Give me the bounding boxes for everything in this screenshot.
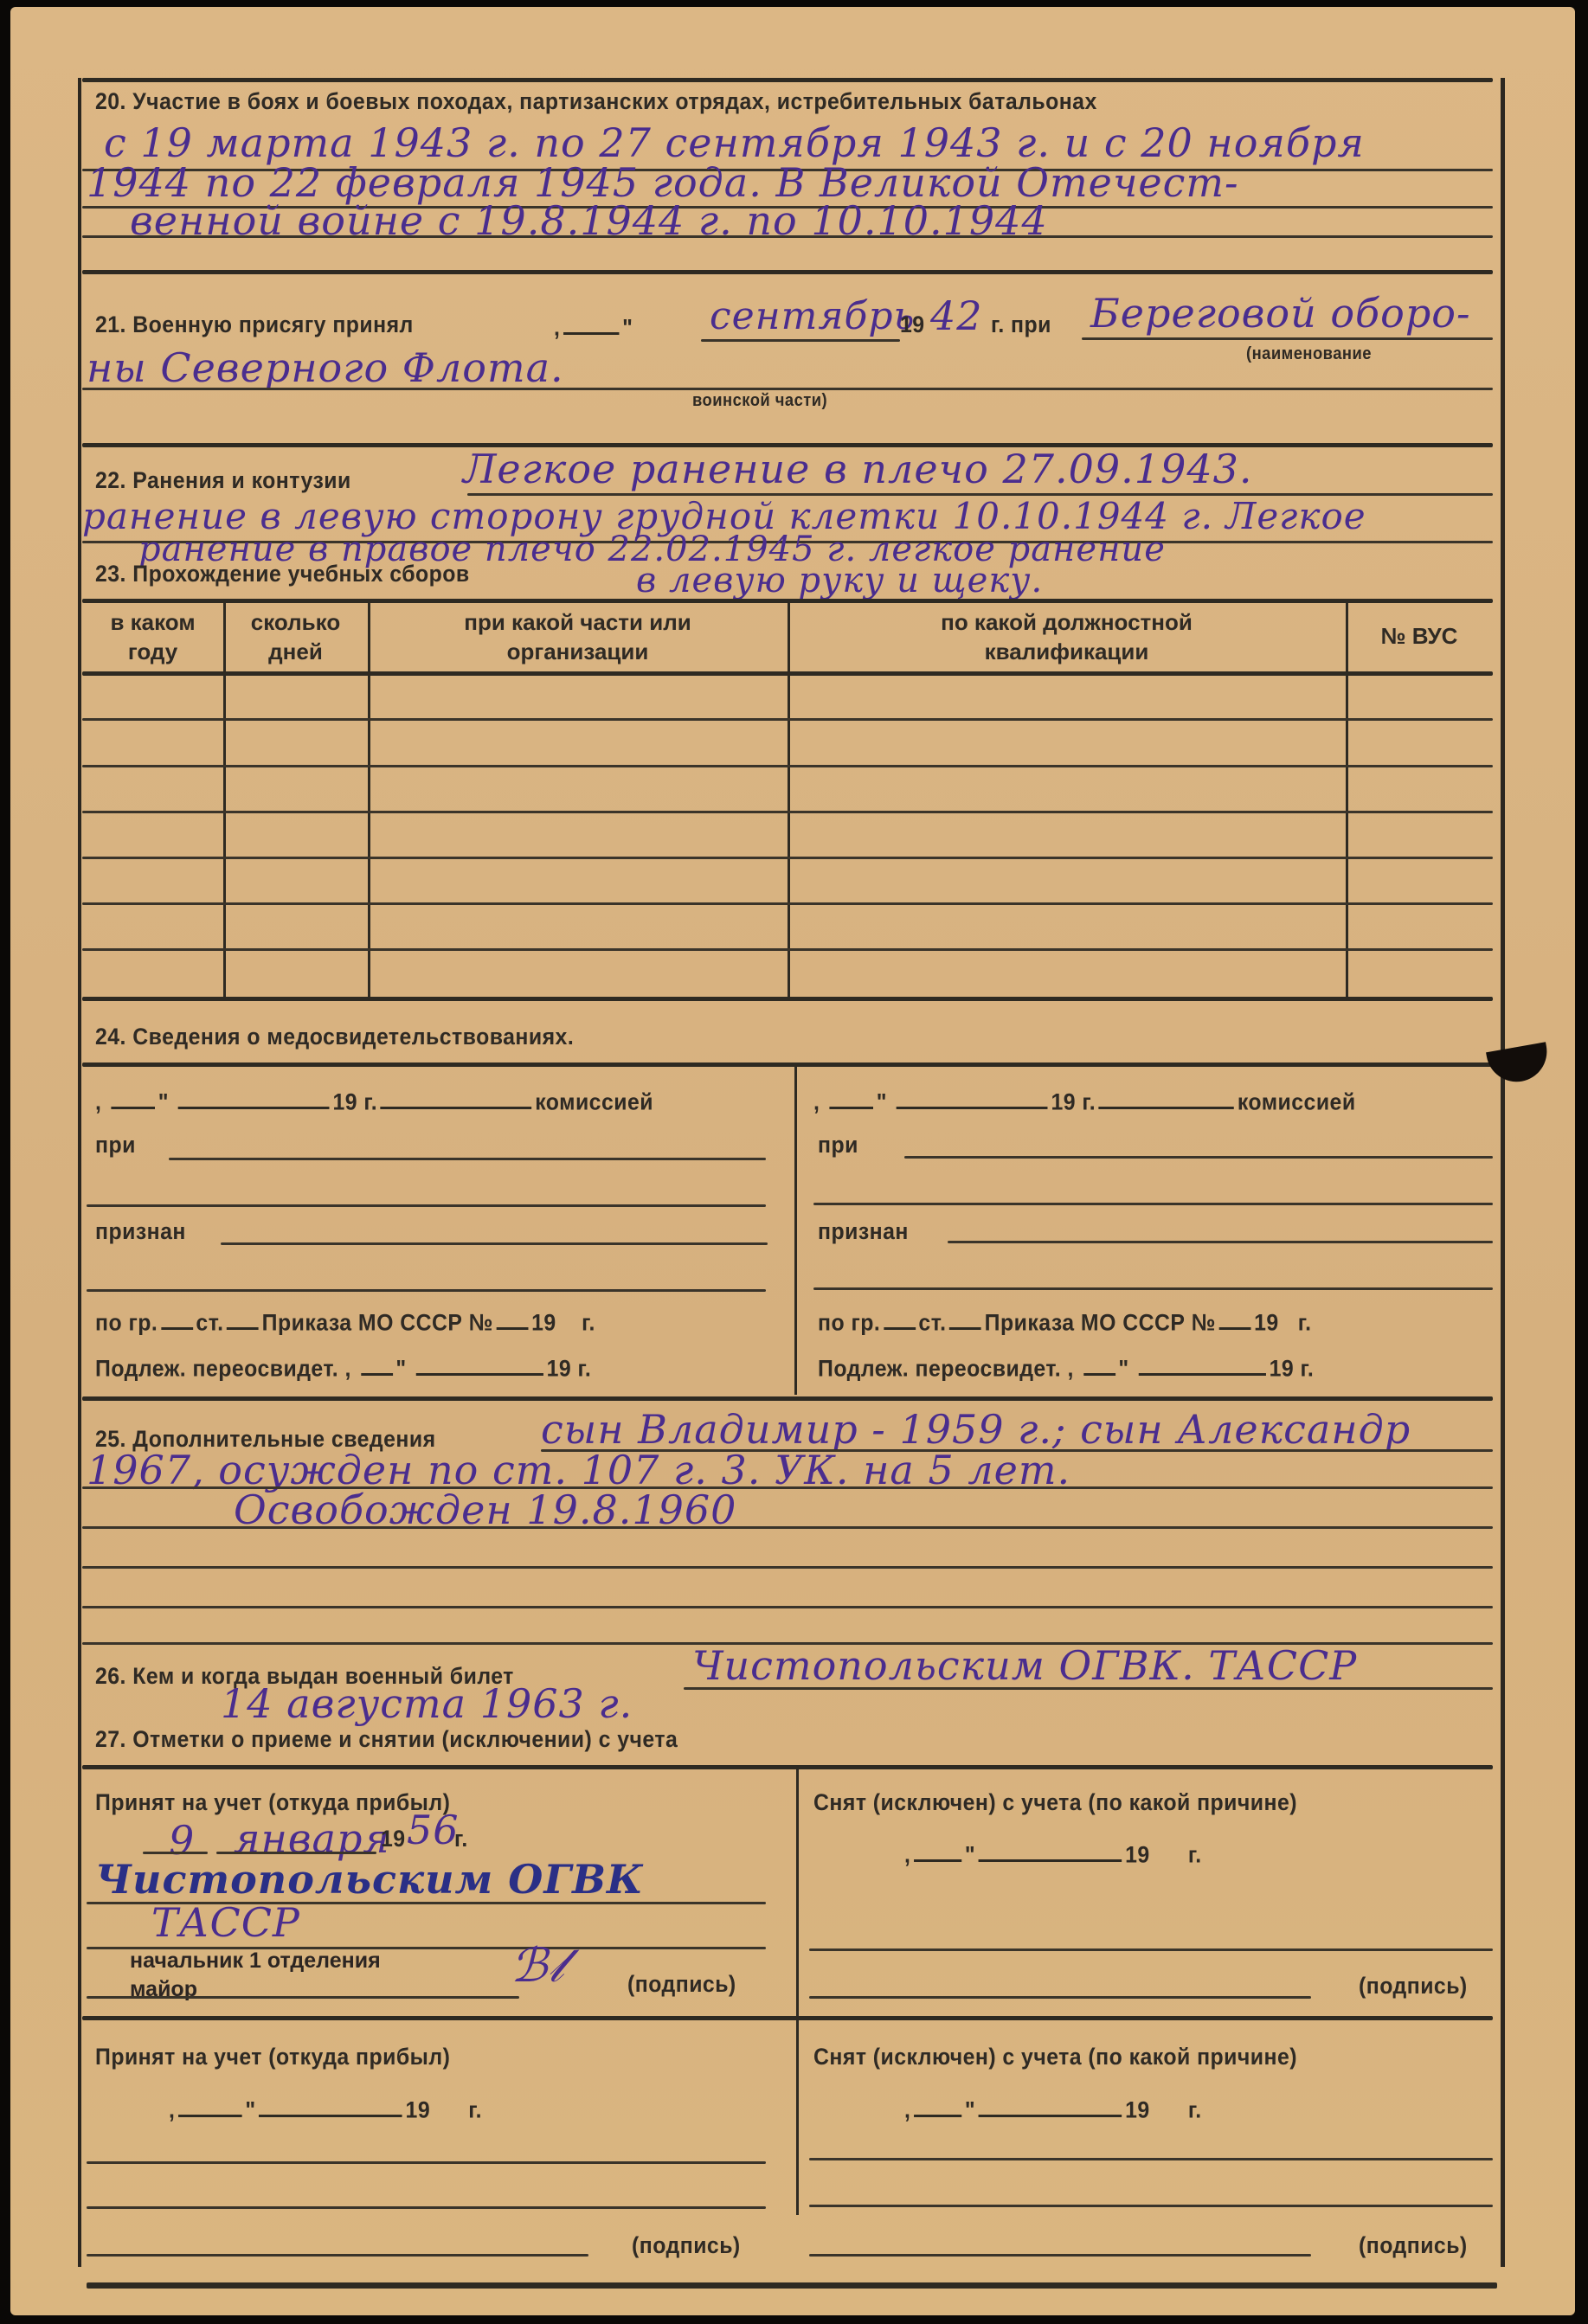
s21-label: 21. Военную присягу принял xyxy=(95,311,414,338)
s21-unit-line-1: Береговой оборо- xyxy=(1090,290,1471,337)
rule xyxy=(809,2158,1493,2160)
rule xyxy=(87,1204,766,1207)
col-header-days: сколькодней xyxy=(223,607,368,666)
s27-cell1-year-hw: 56 xyxy=(407,1807,460,1853)
rule xyxy=(87,1289,766,1292)
rule xyxy=(813,1203,1493,1205)
s27-cell1-line2: ТАССР xyxy=(151,1899,300,1946)
rule xyxy=(809,2205,1493,2207)
bottom-rule xyxy=(87,2282,1497,2289)
s24a-priznan: признан xyxy=(95,1218,186,1245)
s24b-order: по гр.ст.Приказа МО СССР №19 г. xyxy=(818,1306,1311,1336)
rule xyxy=(221,1242,768,1245)
table-row-rule xyxy=(82,811,1493,813)
s23-label: 23. Прохождение учебных сборов xyxy=(95,561,470,587)
signature-line xyxy=(809,2254,1311,2257)
rule xyxy=(82,1526,1493,1529)
s21-caption-below: воинской части) xyxy=(692,391,827,411)
signature-line xyxy=(87,2254,588,2257)
rule xyxy=(1082,337,1493,340)
s27-cell4-title: Снят (исключен) с учета (по какой причин… xyxy=(813,2044,1297,2070)
table-row-rule xyxy=(82,765,1493,767)
s26-line-2: 14 августа 1963 г. xyxy=(221,1680,633,1727)
rule xyxy=(82,1566,1493,1569)
s27-divider xyxy=(796,1765,799,2215)
month-blank xyxy=(701,339,900,342)
s21-month: сентябрь xyxy=(710,294,916,338)
rule xyxy=(809,1948,1493,1951)
col-header-vus: № ВУС xyxy=(1346,621,1493,651)
col-divider xyxy=(1346,599,1348,997)
s27-cell1-month: января xyxy=(234,1815,390,1862)
s24-label: 24. Сведения о медосвидетельствованиях. xyxy=(95,1024,574,1050)
rule xyxy=(87,2161,766,2164)
s24a-date: , " 19 г.комиссией xyxy=(95,1086,653,1115)
rule xyxy=(87,2206,766,2209)
section-rule xyxy=(82,1062,1493,1067)
s21-caption-right: (наименование xyxy=(1246,344,1372,364)
s27-cell1-signature-caption: (подпись) xyxy=(627,1971,736,1998)
section-rule xyxy=(82,1396,1493,1401)
table-row-rule xyxy=(82,718,1493,721)
section-rule xyxy=(82,2016,1493,2020)
s27-cell2-title: Снят (исключен) с учета (по какой причин… xyxy=(813,1789,1297,1816)
s27-cell2-signature-caption: (подпись) xyxy=(1359,1973,1468,2000)
s27-cell3-title: Принят на учет (откуда прибыл) xyxy=(95,2044,450,2070)
top-rule xyxy=(82,78,1493,82)
rule xyxy=(82,1606,1493,1608)
s27-cell3-signature-caption: (подпись) xyxy=(632,2232,741,2259)
s24b-resurvey: Подлеж. переосвидет. , " 19 г. xyxy=(818,1352,1314,1382)
s27-cell1-g: г. xyxy=(454,1826,468,1852)
s20-label: 20. Участие в боях и боевых походах, пар… xyxy=(95,88,1097,115)
rule xyxy=(904,1156,1493,1159)
s21-unit-line-2: ны Северного Флота. xyxy=(87,344,564,391)
s27-cell2-date: ,"19 г. xyxy=(904,1839,1202,1868)
s24b-date: , " 19 г.комиссией xyxy=(813,1086,1356,1115)
s24a-order: по гр.ст.Приказа МО СССР №19 г. xyxy=(95,1306,595,1336)
s21-year-suffix: г. при xyxy=(991,311,1051,338)
s21-year-hw: 42 xyxy=(930,292,983,339)
s21-date-blank: ," xyxy=(554,311,633,341)
table-row-rule xyxy=(82,857,1493,859)
section-rule xyxy=(82,270,1493,274)
s24a-pri: при xyxy=(95,1132,136,1159)
s22-label: 22. Ранения и контузии xyxy=(95,467,351,494)
s27-cell1-stamp-title: начальник 1 отделения xyxy=(130,1948,381,1974)
s27-cell3-date: ,"19 г. xyxy=(169,2094,482,2123)
rule xyxy=(143,1852,208,1854)
s27-cell4-date: ,"19 г. xyxy=(904,2094,1202,2123)
s26-line-1: Чистопольским ОГВК. ТАССР xyxy=(692,1642,1357,1689)
col-header-qualification: по какой должностнойквалификации xyxy=(788,607,1346,666)
table-header-rule xyxy=(82,671,1493,676)
s24a-resurvey: Подлеж. переосвидет. , " 19 г. xyxy=(95,1352,591,1382)
s27-cell1-line1: Чистопольским ОГВК xyxy=(95,1856,644,1903)
col-header-year: в какомгоду xyxy=(82,607,223,666)
s21-year-prefix: 19 xyxy=(900,311,925,338)
s24b-priznan: признан xyxy=(818,1218,909,1245)
rule xyxy=(82,235,1493,238)
table-row-rule xyxy=(82,902,1493,905)
s27-label: 27. Отметки о приеме и снятии (исключени… xyxy=(95,1726,678,1753)
s24b-pri: при xyxy=(818,1132,858,1159)
s27-cell1-title: Принят на учет (откуда прибыл) xyxy=(95,1789,450,1816)
section-rule xyxy=(82,1765,1493,1769)
signature: ℬ𝓁 xyxy=(511,1938,564,1993)
s27-cell1-year-prefix: 19 xyxy=(381,1826,406,1852)
rule xyxy=(216,1852,376,1854)
s24-divider xyxy=(794,1066,797,1395)
s27-cell4-signature-caption: (подпись) xyxy=(1359,2232,1468,2259)
signature-line xyxy=(87,1996,519,1999)
table-row-rule xyxy=(82,948,1493,951)
signature-line xyxy=(809,1996,1311,1999)
table-bottom-rule xyxy=(82,997,1493,1001)
s22-line-4: в левую руку и щеку. xyxy=(636,561,1043,600)
rule xyxy=(813,1287,1493,1290)
s25-line-1: сын Владимир - 1959 г.; сын Александр xyxy=(541,1406,1411,1453)
rule xyxy=(948,1241,1493,1243)
s22-line-1: Легкое ранение в плечо 27.09.1943. xyxy=(463,446,1253,492)
rule xyxy=(82,388,1493,390)
rule xyxy=(169,1158,766,1160)
rule xyxy=(684,1687,1493,1690)
col-header-unit: при какой части илиорганизации xyxy=(368,607,788,666)
